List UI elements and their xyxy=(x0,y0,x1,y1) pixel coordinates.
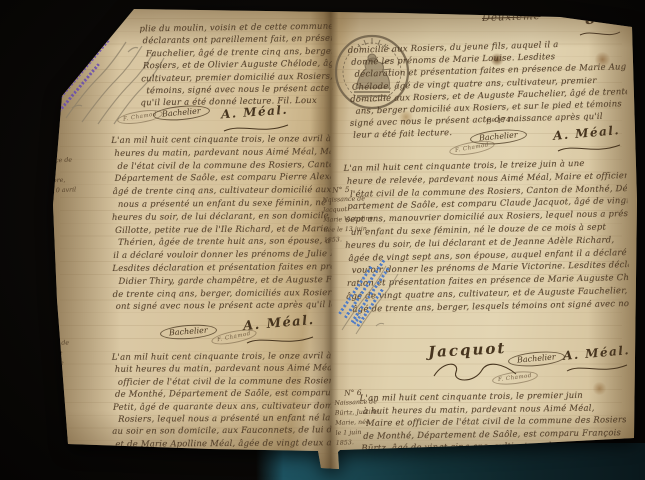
signature-flourish xyxy=(245,334,315,348)
act-paragraph-1-left: L'an mil huit cent cinquante trois, le o… xyxy=(111,133,332,314)
signature-flourish xyxy=(565,362,629,376)
folio-number: 84 xyxy=(584,8,607,29)
margin-note-2: N° 4 Naissance dePetit MarieLouise, néel… xyxy=(26,328,86,390)
margin-note-number: N° 3 xyxy=(39,145,91,156)
act-paragraph-continuation-left: plie du moulin, voisin et de cette commu… xyxy=(139,21,332,110)
margin-note-1: N° 3 Naissance deBerraudJulie Flore,née … xyxy=(29,145,93,207)
signature-flourish xyxy=(556,142,622,156)
document-scan: plie du moulin, voisin et de cette commu… xyxy=(0,0,645,480)
page-section-label: Deuxième xyxy=(482,11,541,24)
register-double-page: plie du moulin, voisin et de cette commu… xyxy=(0,0,645,480)
paper-wrap: plie du moulin, voisin et de cette commu… xyxy=(0,0,645,480)
margin-note-number: N° 4 xyxy=(36,328,84,339)
act-paragraph-2-left: L'an mil huit cent cinquante trois, le o… xyxy=(112,350,332,451)
pencil-annotation xyxy=(332,238,406,338)
act-paragraph-2-right: L'an mil huit cent cinquante trois, le p… xyxy=(360,389,627,456)
